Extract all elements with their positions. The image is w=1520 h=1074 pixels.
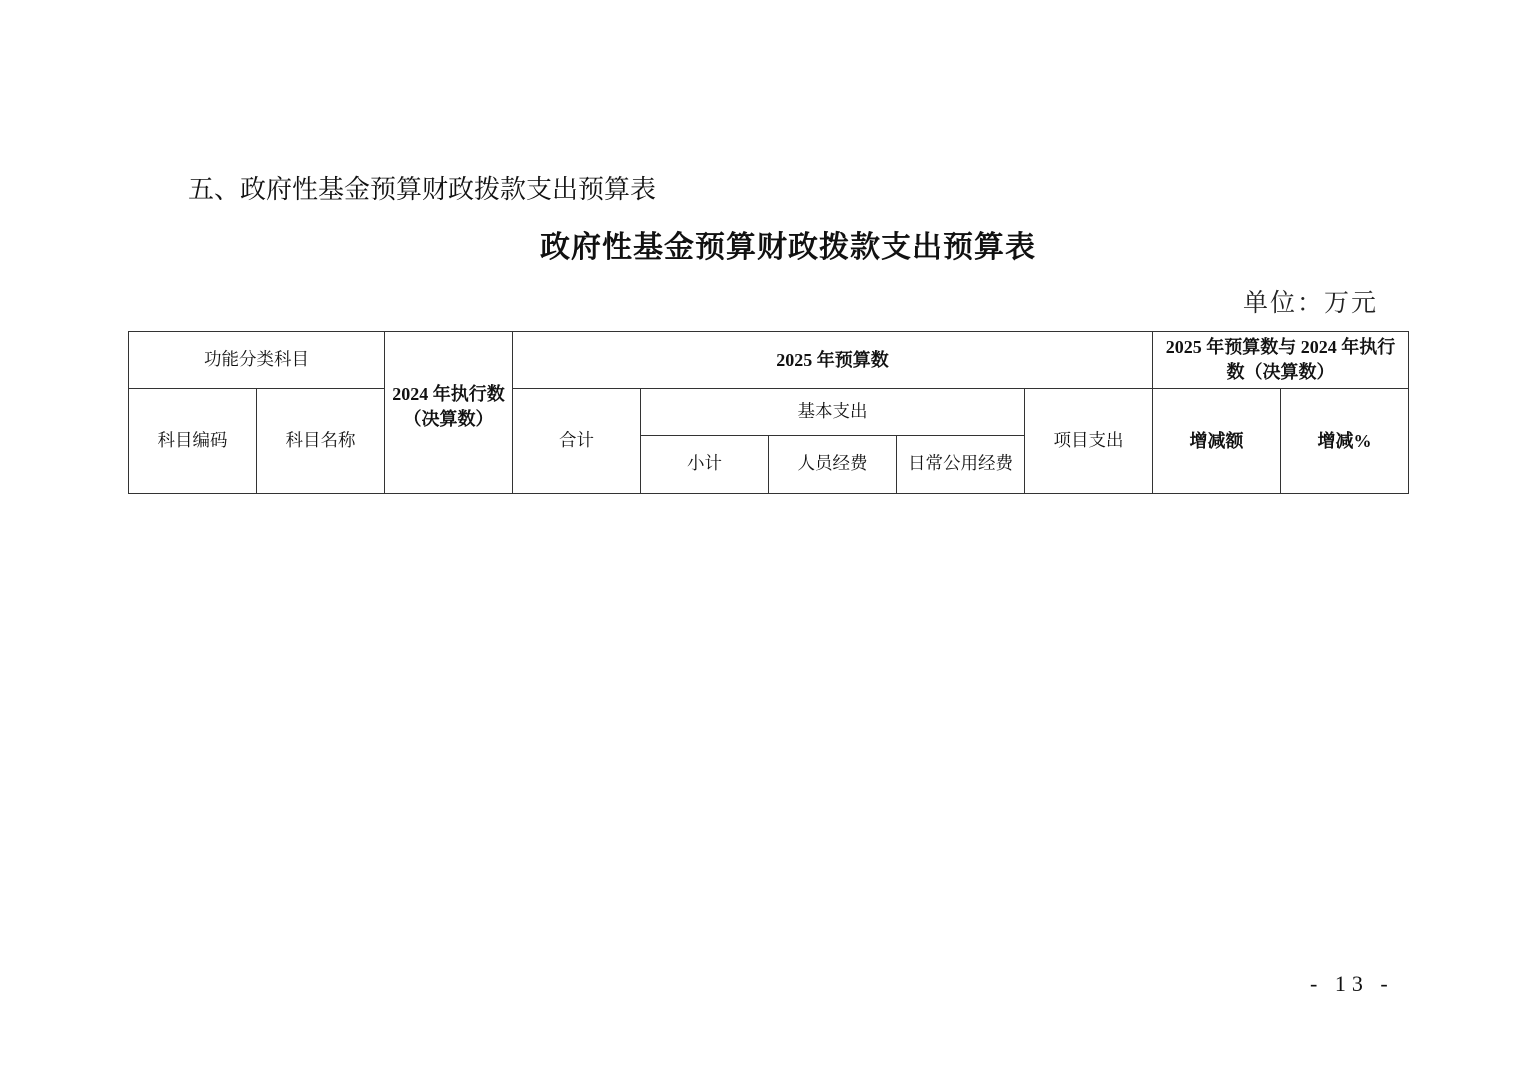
page-number: - 13 - (1310, 970, 1394, 998)
header-subject-name: 科目名称 (257, 389, 385, 494)
header-comparison: 2025 年预算数与 2024 年执行数（决算数） (1153, 332, 1409, 389)
header-row-2: 科目编码 科目名称 合计 基本支出 项目支出 增减额 增减% (129, 389, 1409, 436)
header-public-expenses: 日常公用经费 (897, 436, 1025, 494)
header-subtotal: 小计 (641, 436, 769, 494)
header-functional-classification: 功能分类科目 (129, 332, 385, 389)
header-project-expenditure: 项目支出 (1025, 389, 1153, 494)
header-subject-code: 科目编码 (129, 389, 257, 494)
header-basic-expenditure: 基本支出 (641, 389, 1025, 436)
header-executed-2024: 2024 年执行数（决算数） (385, 332, 513, 494)
header-budget-2025: 2025 年预算数 (513, 332, 1153, 389)
header-change-amount: 增减额 (1153, 389, 1281, 494)
section-heading: 五、政府性基金预算财政拨款支出预算表 (188, 172, 656, 208)
unit-label: 单位：万元 (1243, 286, 1378, 320)
header-total: 合计 (513, 389, 641, 494)
header-row-1: 功能分类科目 2024 年执行数（决算数） 2025 年预算数 2025 年预算… (129, 332, 1409, 389)
header-change-percent: 增减% (1281, 389, 1409, 494)
header-personnel-expenses: 人员经费 (769, 436, 897, 494)
document-title: 政府性基金预算财政拨款支出预算表 (0, 228, 1520, 268)
budget-table: 功能分类科目 2024 年执行数（决算数） 2025 年预算数 2025 年预算… (128, 331, 1409, 494)
